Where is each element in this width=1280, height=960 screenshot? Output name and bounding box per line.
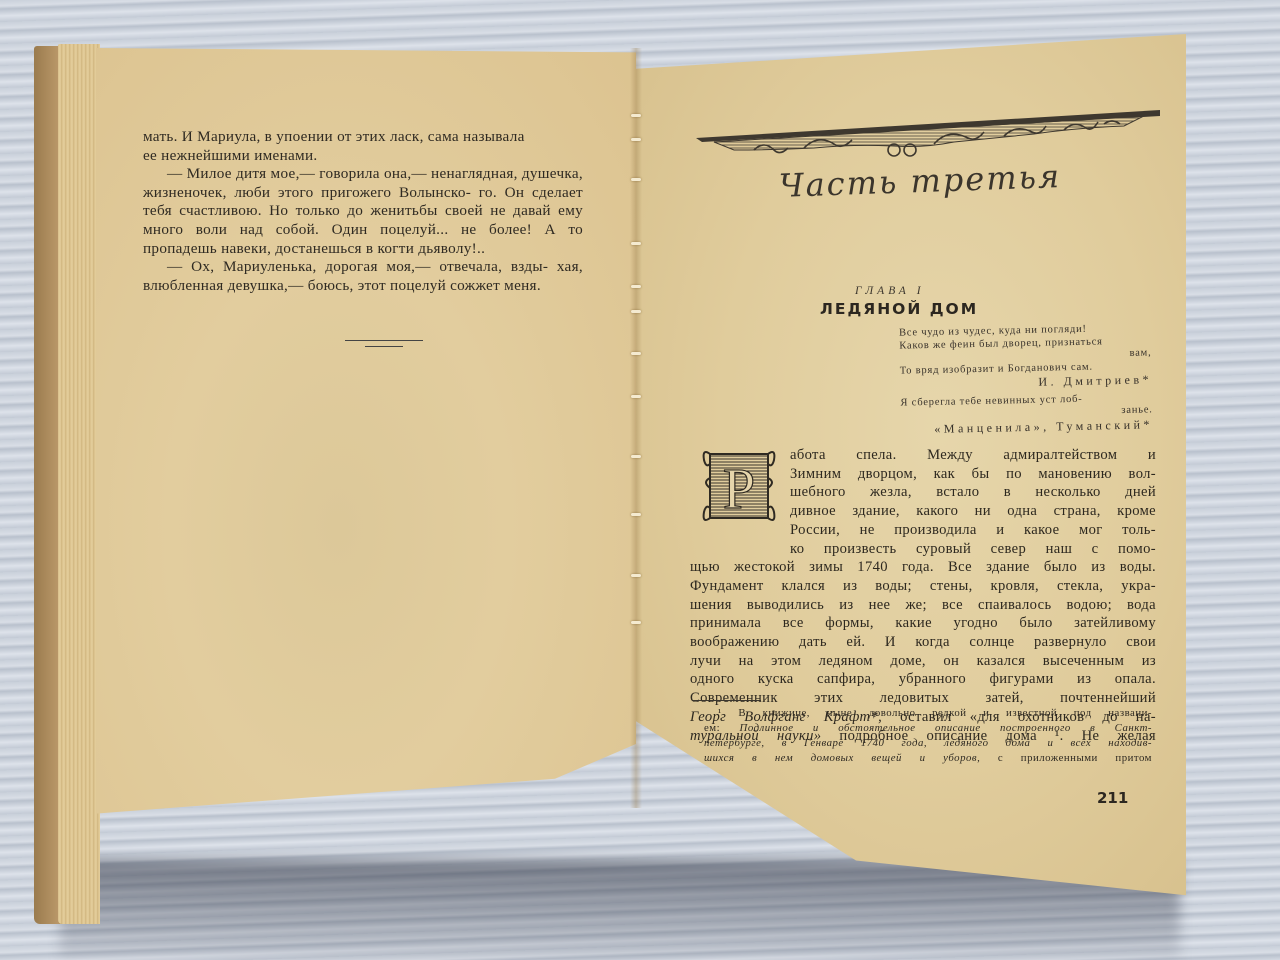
text-line: ко произвесть суровый север наш с помо- xyxy=(690,540,1156,559)
text-line: дьяволу!.. xyxy=(418,240,485,257)
footnote: ¹ В книжице, ныне довольно редкой и изве… xyxy=(704,706,1152,766)
binding-stitch xyxy=(631,242,641,245)
paragraph: мать. И Мариула, в упоении от этих ласк,… xyxy=(143,128,583,165)
text-line: щью жестокой зимы 1740 года. Все здание … xyxy=(690,558,1156,577)
section-divider xyxy=(365,346,403,347)
footnote-rule xyxy=(693,700,761,701)
text-line: абота спела. Между адмиралтейством и xyxy=(690,446,1156,465)
paragraph: — Ох, Мариуленька, дорогая моя,— отвечал… xyxy=(143,258,583,295)
page-edges xyxy=(58,44,100,924)
chapter-title: ЛЕДЯНОЙ ДОМ xyxy=(820,300,978,318)
text-fragment: с приложенными притом xyxy=(980,752,1152,764)
epigraph: Все чудо из чудес, куда ни погляди! Како… xyxy=(899,322,1153,435)
text-line: дивное здание, какого ни одна страна, кр… xyxy=(690,502,1156,521)
binding-stitch xyxy=(631,138,641,141)
footnote-line: шихся в нем домовых вещей и уборов, с пр… xyxy=(704,751,1152,766)
text-line: мать. И Мариула, в упоении от этих ласк,… xyxy=(143,128,525,145)
section-divider xyxy=(345,340,423,341)
binding-stitch xyxy=(631,395,641,398)
italic-fragment: петербурге, в Генваре 1740 года, ледяног… xyxy=(704,737,1152,749)
text-line: шения выводились из нее же; все спаивало… xyxy=(690,596,1156,615)
book-gutter xyxy=(630,48,642,808)
binding-stitch xyxy=(631,310,641,313)
text-line: Фундамент клался из воды; стены, кровля,… xyxy=(690,577,1156,596)
left-page-text: мать. И Мариула, в упоении от этих ласк,… xyxy=(143,128,583,295)
italic-fragment: Подлинное и обстоятельное описание постр… xyxy=(740,722,1152,734)
binding-stitch xyxy=(631,621,641,624)
text-line: меня. xyxy=(504,277,541,294)
text-fragment: ем: xyxy=(704,722,740,734)
text-line: принимала все формы, какие угодно было з… xyxy=(690,614,1156,633)
text-line: — Милое дитя мое,— говорила она,— ненагл… xyxy=(167,165,518,182)
page-number: 211 xyxy=(1097,789,1128,807)
text-line: ее нежнейшими именами. xyxy=(143,147,317,164)
text-line: — Ох, Мариуленька, дорогая моя,— отвечал… xyxy=(167,258,548,275)
binding-stitch xyxy=(631,178,641,181)
text-line: России, не производила и какое мог толь- xyxy=(690,521,1156,540)
binding-stitch xyxy=(631,114,641,117)
text-line: Зимним дворцом, как бы по мановению вол- xyxy=(690,465,1156,484)
footnote-line: петербурге, в Генваре 1740 года, ледяног… xyxy=(704,736,1152,751)
binding-stitch xyxy=(631,574,641,577)
paragraph: — Милое дитя мое,— говорила она,— ненагл… xyxy=(143,165,583,258)
text-line: одного куска сапфира, убранного фигурами… xyxy=(690,670,1156,689)
binding-stitch xyxy=(631,513,641,516)
footnote-line: ем: Подлинное и обстоятельное описание п… xyxy=(704,721,1152,736)
text-line: шебного жезла, встало в несколько дней xyxy=(690,483,1156,502)
text-line: лучи на этом ледяном доме, он казался вы… xyxy=(690,652,1156,671)
footnote-line: ¹ В книжице, ныне довольно редкой и изве… xyxy=(704,706,1152,721)
text-line: воображению дать ей. И когда солнце разв… xyxy=(690,633,1156,652)
chapter-label: ГЛАВА I xyxy=(855,285,925,297)
binding-stitch xyxy=(631,352,641,355)
binding-stitch xyxy=(631,285,641,288)
binding-stitch xyxy=(631,455,641,458)
ornament-headpiece-icon xyxy=(694,108,1162,160)
italic-fragment: шихся в нем домовых вещей и уборов, xyxy=(704,752,980,764)
